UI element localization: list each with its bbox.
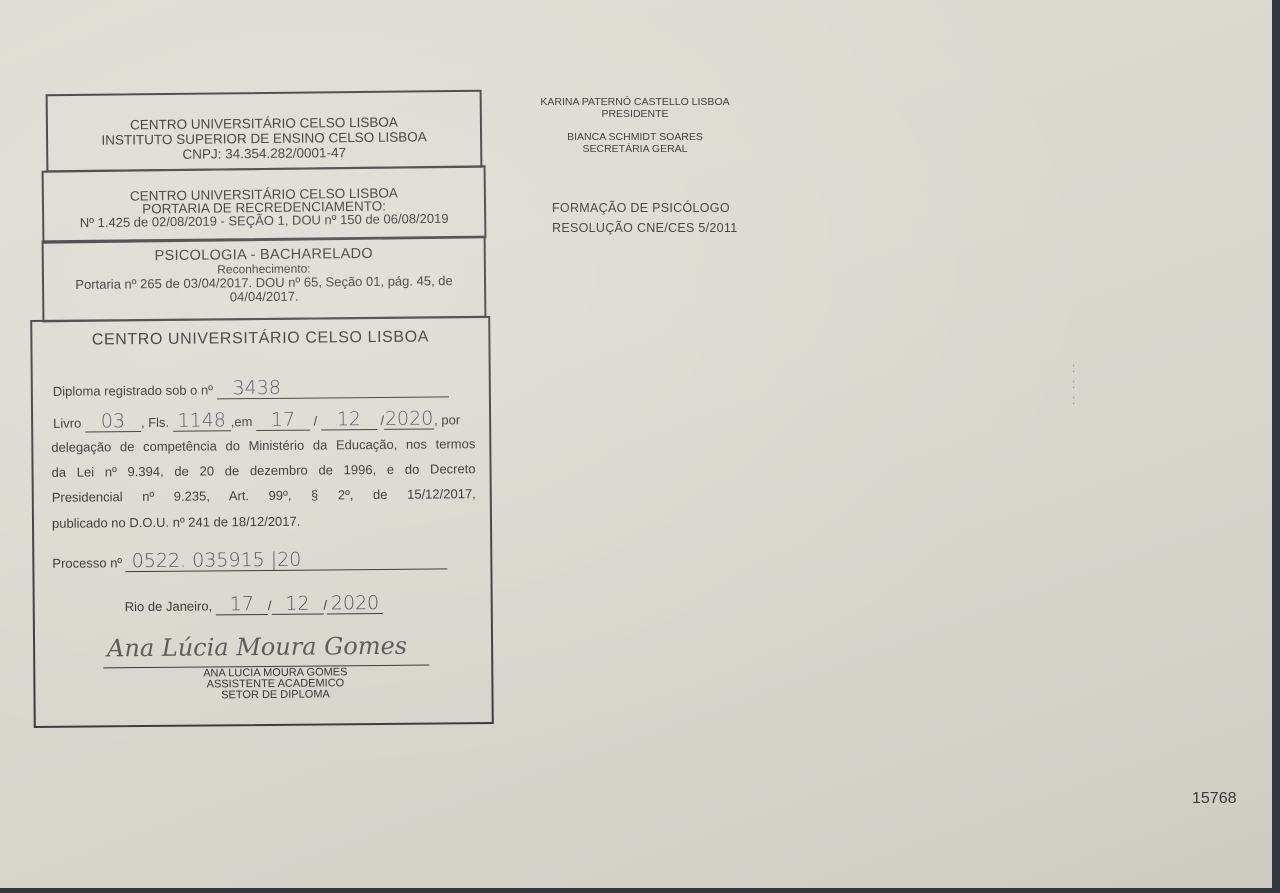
handwritten-signature: Ana Lúcia Moura Gomes: [103, 631, 429, 669]
formation-block: FORMAÇÃO DE PSICÓLOGO RESOLUÇÃO CNE/CES …: [552, 198, 738, 238]
formation-resolution: RESOLUÇÃO CNE/CES 5/2011: [552, 218, 738, 238]
secretary-title: SECRETÁRIA GERAL: [530, 143, 740, 155]
diploma-label: Diploma registrado sob o nº: [53, 382, 213, 398]
secretary-name: BIANCA SCHMIDT SOARES: [530, 131, 740, 143]
fls-label: , Fls.: [141, 415, 169, 430]
legal-text-line3: Presidencial nº 9.235, Art. 99º, § 2º, d…: [52, 486, 476, 505]
livro-value: 03: [101, 410, 125, 432]
president-name: KARINA PATERNÓ CASTELLO LISBOA: [530, 96, 740, 108]
legal-text-line1: delegação de competência do Ministério d…: [51, 436, 475, 455]
livro-label: Livro: [53, 416, 81, 431]
president-block: KARINA PATERNÓ CASTELLO LISBOA PRESIDENT…: [530, 96, 740, 120]
city-label: Rio de Janeiro,: [125, 598, 213, 614]
processo-row: Processo nº 0522. 035915 |20: [52, 550, 448, 572]
por-label: , por: [434, 412, 460, 427]
city-month: 12: [285, 593, 309, 615]
registration-stamp: CENTRO UNIVERSITÁRIO CELSO LISBOA Diplom…: [30, 316, 494, 728]
diploma-number-row: Diploma registrado sob o nº 3438: [53, 378, 449, 400]
institution-stamp: CENTRO UNIVERSITÁRIO CELSO LISBOA INSTIT…: [46, 90, 483, 173]
place-date-row: Rio de Janeiro, 17/12/2020: [125, 595, 383, 616]
livro-row: Livro 03, Fls. 1148,em 17 / 12 /2020, po…: [53, 410, 460, 433]
em-label: ,em: [231, 414, 253, 429]
register-month: 12: [337, 408, 361, 430]
city-day: 17: [230, 593, 254, 615]
course-stamp: PSICOLOGIA - BACHARELADO Reconhecimento:…: [42, 236, 487, 323]
diploma-back-page: CENTRO UNIVERSITÁRIO CELSO LISBOA INSTIT…: [0, 0, 1272, 888]
register-day: 17: [271, 409, 295, 431]
president-title: PRESIDENTE: [530, 108, 740, 120]
registration-header: CENTRO UNIVERSITÁRIO CELSO LISBOA: [32, 328, 488, 350]
fls-value: 1148: [177, 409, 226, 431]
processo-label: Processo nº: [52, 555, 122, 571]
city-year: 2020: [331, 592, 380, 614]
paper-specks: ⁚⁚⁚: [1072, 362, 1075, 410]
signer-block: ANA LUCIA MOURA GOMES ASSISTENTE ACADEMI…: [35, 666, 491, 703]
signer-department: SETOR DE DIPLOMA: [59, 688, 491, 703]
secretary-block: BIANCA SCHMIDT SOARES SECRETÁRIA GERAL: [530, 131, 740, 155]
recred-details: Nº 1.425 de 02/08/2019 - SEÇÃO 1, DOU nº…: [44, 211, 484, 229]
register-year: 2020: [385, 408, 434, 430]
processo-value: 0522. 035915 |20: [132, 549, 302, 572]
document-number: 15768: [1192, 790, 1237, 808]
diploma-number: 3438: [232, 377, 281, 399]
legal-text-line2: da Lei nº 9.394, de 20 de dezembro de 19…: [51, 461, 475, 480]
formation-title: FORMAÇÃO DE PSICÓLOGO: [552, 198, 738, 218]
legal-text-line4: publicado no D.O.U. nº 241 de 18/12/2017…: [52, 514, 300, 531]
recredenciamento-stamp: CENTRO UNIVERSITÁRIO CELSO LISBOA PORTAR…: [42, 165, 487, 243]
